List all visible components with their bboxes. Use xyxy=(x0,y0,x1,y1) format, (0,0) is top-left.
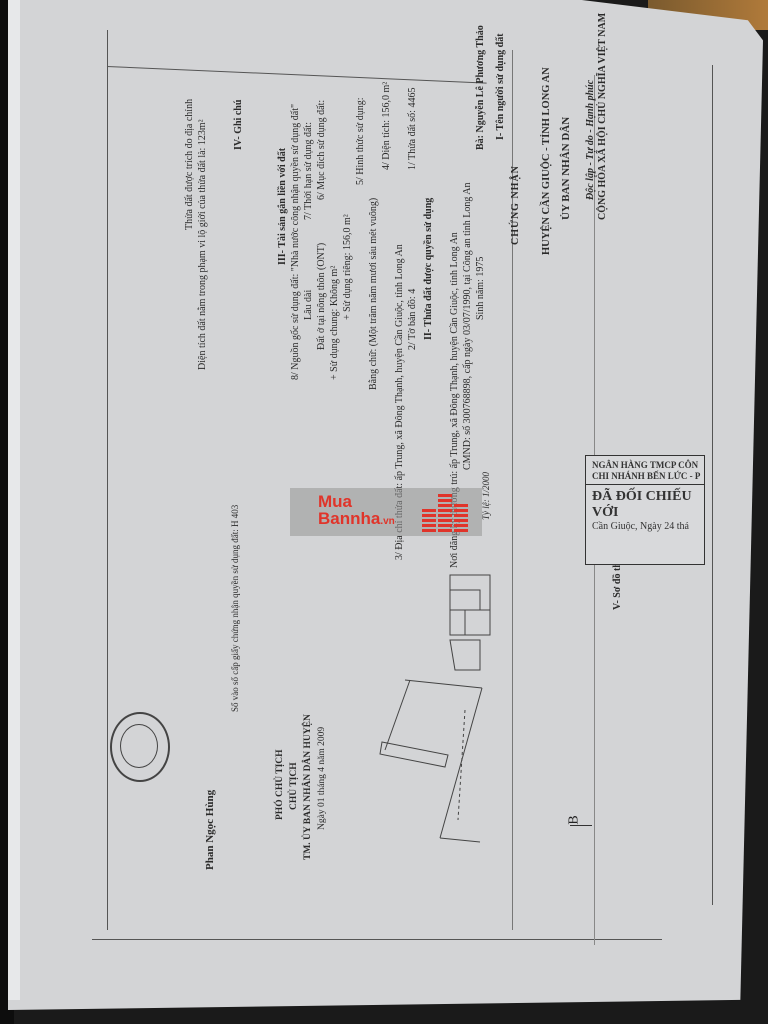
on-behalf: TM. ỦY BAN NHÂN DÂN HUYỆN xyxy=(302,714,315,860)
signer-name: Phan Ngọc Hùng xyxy=(204,790,217,870)
signing-date: Ngày 01 tháng 4 năm 2009 xyxy=(316,727,329,830)
use-form-label: 5/ Hình thức sử dụng: xyxy=(354,97,367,185)
bank-branch: CHI NHÁNH BẾN LỨC - P xyxy=(592,471,701,482)
watermark-brand: Bannha xyxy=(318,509,380,528)
note-survey: Thửa đất được trích đo địa chính xyxy=(183,99,196,230)
use-shared: + Sử dụng chung: Không m² xyxy=(328,266,341,380)
muabannha-watermark: Mua Bannha.vn xyxy=(290,488,482,536)
parcel-area: 4/ Diện tích: 156,0 m² xyxy=(380,82,393,170)
term-label: 7/ Thời hạn sử dụng đất: xyxy=(302,122,315,220)
verified-date: Cần Giuộc, Ngày 24 thá xyxy=(586,521,704,532)
watermark-line1: Mua xyxy=(318,493,352,510)
owner-birth-year: Sinh năm: 1975 xyxy=(474,257,487,320)
issuer: ỦY BAN NHÂN DÂN xyxy=(560,117,573,220)
section-2-heading: II- Thửa đất được quyền sử dụng xyxy=(422,198,435,340)
parcel-sketch xyxy=(370,560,520,880)
purpose-value: Đất ở tại nông thôn (ONT) xyxy=(315,243,328,350)
chair-title: CHỦ TỊCH xyxy=(288,762,301,810)
paper-fold-edge xyxy=(8,0,20,1000)
motto: Độc lập - Tự do - Hạnh phúc xyxy=(584,80,597,200)
district: HUYỆN CẦN GIUỘC - TỈNH LONG AN xyxy=(540,67,553,255)
section-3-heading: III- Tài sản gắn liền với đất xyxy=(276,148,289,265)
note-road-area: Diện tích đất nằm trong phạm vi lộ giới … xyxy=(196,119,209,370)
official-seal-icon xyxy=(110,712,170,782)
republic-title: CỘNG HÒA XÃ HỘI CHỦ NGHĨA VIỆT NAM xyxy=(596,13,609,220)
watermark-line2: Bannha.vn xyxy=(318,510,395,530)
owner-id-card: CMND: số 300768898, cấp ngày 03/07/1990,… xyxy=(461,183,474,471)
owner-name: Bà: Nguyễn Lê Phương Thảo xyxy=(474,25,487,150)
certificate-title: CHỨNG NHẬN xyxy=(509,165,522,245)
land-origin: 8/ Nguồn gốc sử dụng đất: "Nhà nước công… xyxy=(289,104,302,380)
watermark-suffix: .vn xyxy=(380,516,394,527)
parcel-area-words: Bằng chữ: (Một trăm năm mươi sáu mét vuô… xyxy=(367,198,380,390)
use-private: + Sử dụng riêng: 156,0 m² xyxy=(341,214,354,320)
bank-verification-stamp: NGÂN HÀNG TMCP CÔN CHI NHÁNH BẾN LỨC - P… xyxy=(585,455,705,565)
vice-chair-title: PHÓ CHỦ TỊCH xyxy=(274,749,287,820)
section-1-heading: I- Tên người sử dụng đất xyxy=(494,33,507,140)
north-arrow-label: B xyxy=(567,815,583,824)
building-icon xyxy=(422,508,436,532)
building-icon xyxy=(438,492,452,532)
north-arrow-icon xyxy=(570,825,592,826)
verified-label: ĐÃ ĐỐI CHIẾU VỚI xyxy=(586,485,704,521)
bank-name: NGÂN HÀNG TMCP CÔN xyxy=(592,460,701,471)
purpose-label: 6/ Mục đích sử dụng đất: xyxy=(315,100,328,200)
section-4-heading: IV- Ghi chú xyxy=(232,100,245,150)
map-sheet: 2/ Tờ bản đồ: 4 xyxy=(406,289,419,350)
term-value: Lâu dài xyxy=(302,290,315,320)
parcel-number: 1/ Thửa đất số: 4465 xyxy=(406,88,419,170)
registry-number: Số vào sổ cấp giấy chứng nhận quyền sử d… xyxy=(229,505,242,712)
building-icon xyxy=(454,504,468,532)
